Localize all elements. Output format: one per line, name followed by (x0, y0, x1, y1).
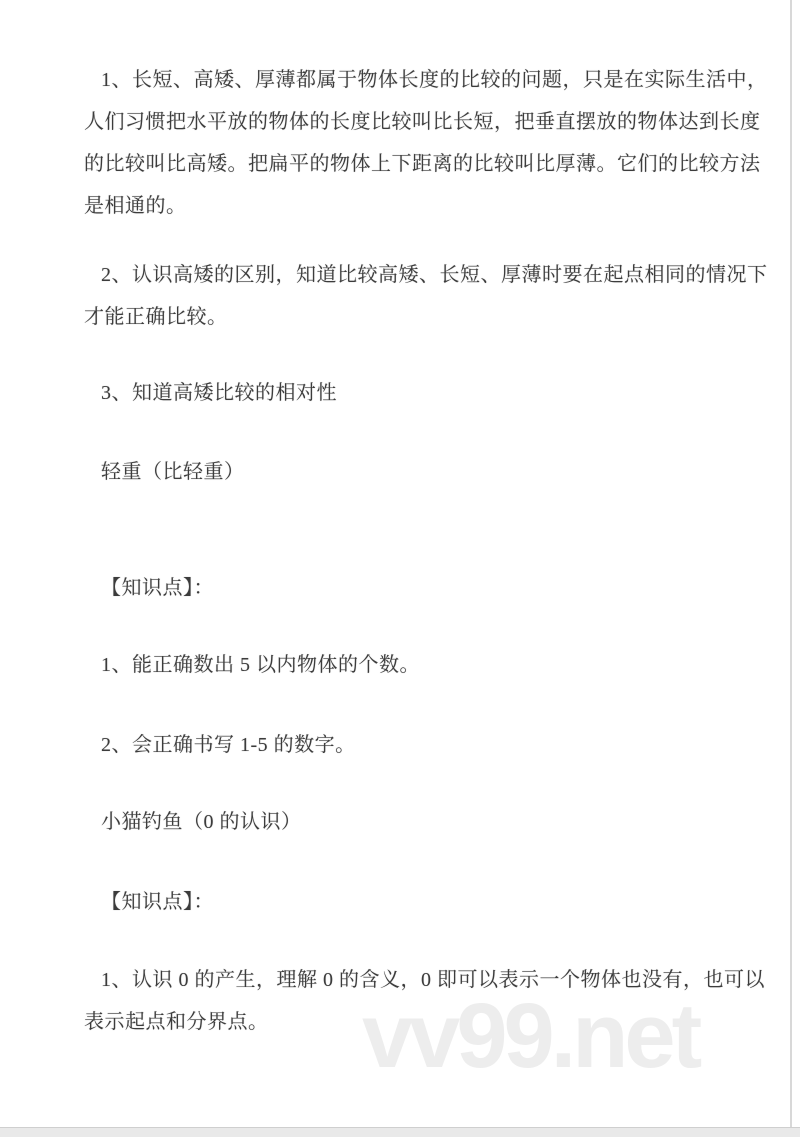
paragraph-relativity: 3、知道高矮比较的相对性 (84, 372, 774, 414)
paragraph-line: 轻重（比轻重） (84, 451, 774, 493)
paragraph-line: 1、长短、高矮、厚薄都属于物体长度的比较的问题，只是在实际生活中， (84, 59, 774, 101)
paragraph-line: 3、知道高矮比较的相对性 (84, 372, 774, 414)
paragraph-line: 2、认识高矮的区别，知道比较高矮、长短、厚薄时要在起点相同的情况下 (84, 254, 774, 296)
paragraph-weight-heading: 轻重（比轻重） (84, 451, 774, 493)
paragraph-compare-height: 2、认识高矮的区别，知道比较高矮、长短、厚薄时要在起点相同的情况下 才能正确比较… (84, 254, 774, 338)
paragraph-write-1-5: 2、会正确书写 1-5 的数字。 (84, 724, 774, 766)
paragraph-line: 是相通的。 (84, 185, 774, 227)
knowledge-points-heading-1: 【知识点】： (84, 567, 774, 609)
paragraph-line: 2、会正确书写 1-5 的数字。 (84, 724, 774, 766)
paragraph-cat-fishing-heading: 小猫钓鱼（0 的认识） (84, 801, 774, 843)
paragraph-line: 【知识点】： (84, 567, 774, 609)
knowledge-points-heading-2: 【知识点】： (84, 881, 774, 923)
paragraph-count-within-5: 1、能正确数出 5 以内物体的个数。 (84, 644, 774, 686)
page-right-edge-line (790, 0, 792, 1128)
paragraph-line: 1、认识 0 的产生，理解 0 的含义，0 即可以表示一个物体也没有，也可以 (84, 959, 774, 1001)
paragraph-zero-meaning: 1、认识 0 的产生，理解 0 的含义，0 即可以表示一个物体也没有，也可以 表… (84, 959, 774, 1043)
paragraph-line: 【知识点】： (84, 881, 774, 923)
paragraph-line: 小猫钓鱼（0 的认识） (84, 801, 774, 843)
paragraph-line: 的比较叫比高矮。把扁平的物体上下距离的比较叫比厚薄。它们的比较方法 (84, 143, 774, 185)
document-page: vv99.net 1、长短、高矮、厚薄都属于物体长度的比较的问题，只是在实际生活… (0, 0, 800, 1137)
paragraph-line: 表示起点和分界点。 (84, 1001, 774, 1043)
paragraph-line: 1、能正确数出 5 以内物体的个数。 (84, 644, 774, 686)
page-bottom-separator (0, 1127, 800, 1137)
paragraph-compare-length: 1、长短、高矮、厚薄都属于物体长度的比较的问题，只是在实际生活中， 人们习惯把水… (84, 59, 774, 227)
paragraph-line: 人们习惯把水平放的物体的长度比较叫比长短，把垂直摆放的物体达到长度 (84, 101, 774, 143)
paragraph-line: 才能正确比较。 (84, 296, 774, 338)
